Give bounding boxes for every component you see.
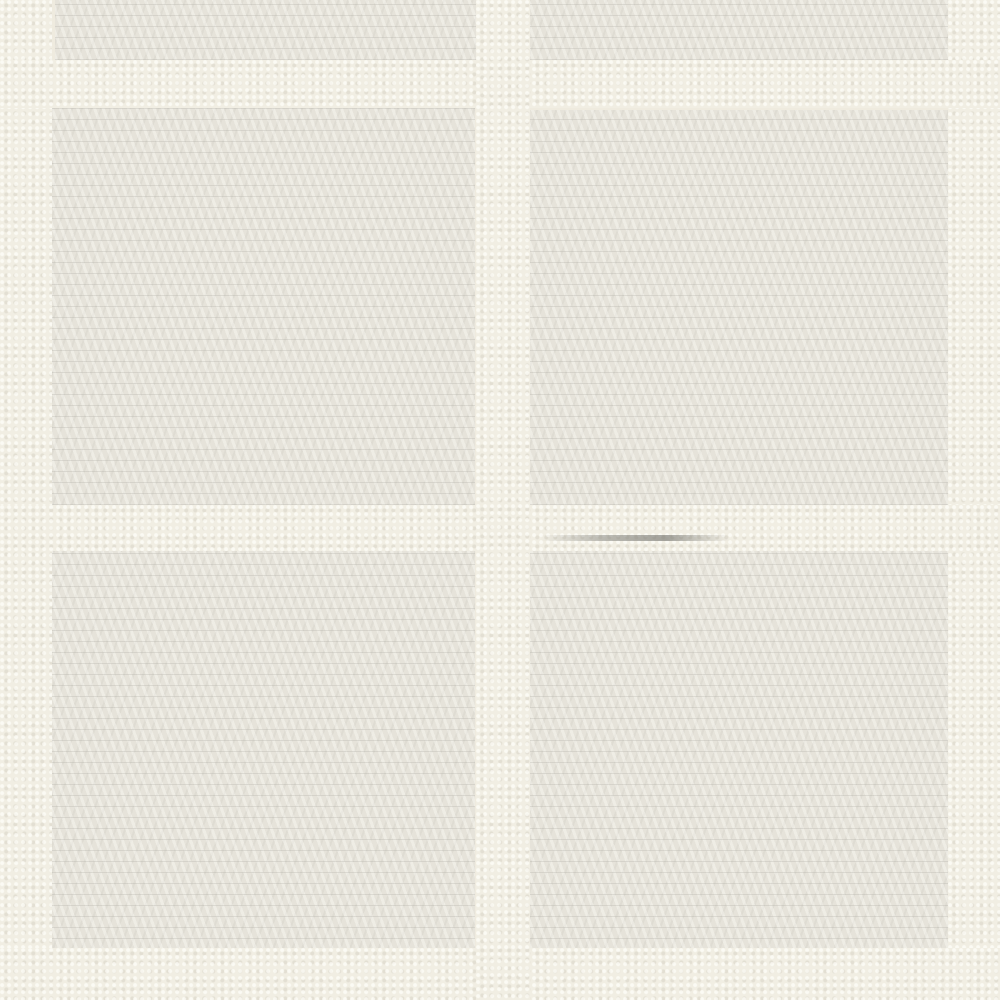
weave-panel-upper-right — [530, 110, 950, 505]
grey-streak — [540, 535, 730, 541]
pile-border-right — [948, 0, 1000, 1000]
rug-photo — [0, 0, 1000, 1000]
weave-panel-lower-left — [50, 550, 475, 950]
pile-border-left — [0, 0, 52, 1000]
weave-panel-lower-right — [530, 550, 950, 950]
pile-band-vertical — [476, 0, 530, 1000]
weave-panel-upper-left — [50, 105, 475, 505]
